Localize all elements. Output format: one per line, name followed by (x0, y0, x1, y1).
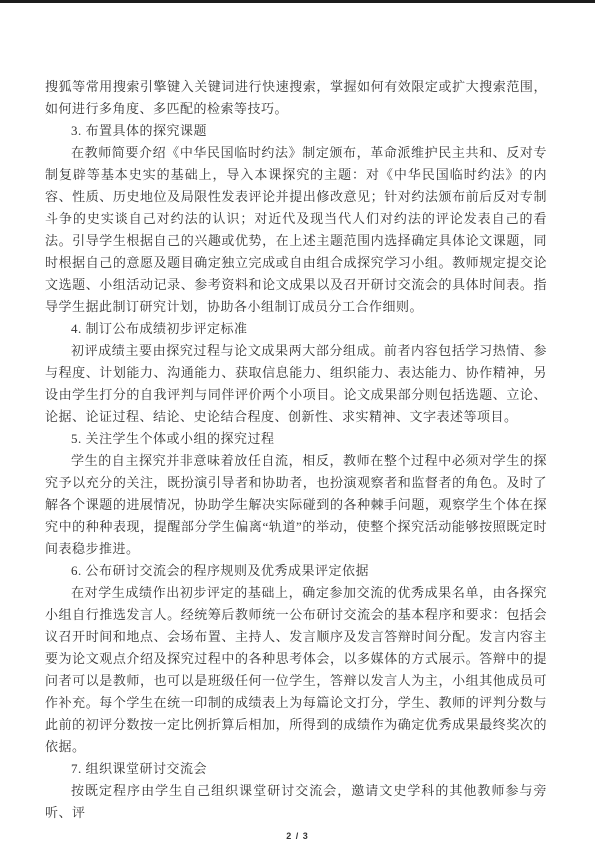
paragraph: 初评成绩主要由探究过程与论文成果两大部分组成。前者内容包括学习热情、参与程度、计… (45, 340, 547, 428)
section-heading: 4. 制订公布成绩初步评定标准 (45, 318, 547, 340)
page-number: 2 / 3 (0, 830, 595, 841)
paragraph: 按既定程序由学生自己组织课堂研讨交流会，邀请文史学科的其他教师参与旁听、评 (45, 780, 547, 824)
section-heading: 3. 布置具体的探究课题 (45, 120, 547, 142)
section-heading: 7. 组织课堂研讨交流会 (45, 758, 547, 780)
section-heading: 6. 公布研讨交流会的程序规则及优秀成果评定依据 (45, 560, 547, 582)
document-body: 搜狐等常用搜索引擎键入关键词进行快速搜索，掌握如何有效限定或扩大搜索范围，如何进… (0, 3, 595, 824)
paragraph: 搜狐等常用搜索引擎键入关键词进行快速搜索，掌握如何有效限定或扩大搜索范围，如何进… (45, 76, 547, 120)
paragraph: 在教师简要介绍《中华民国临时约法》制定颁布，革命派维护民主共和、反对专制复辟等基… (45, 142, 547, 318)
document-page: 搜狐等常用搜索引擎键入关键词进行快速搜索，掌握如何有效限定或扩大搜索范围，如何进… (0, 0, 595, 841)
section-heading: 5. 关注学生个体或小组的探究过程 (45, 428, 547, 450)
paragraph: 在对学生成绩作出初步评定的基础上，确定参加交流的优秀成果名单，由各探究小组自行推… (45, 582, 547, 758)
paragraph: 学生的自主探究并非意味着放任自流，相反，教师在整个过程中必须对学生的探究予以充分… (45, 450, 547, 560)
